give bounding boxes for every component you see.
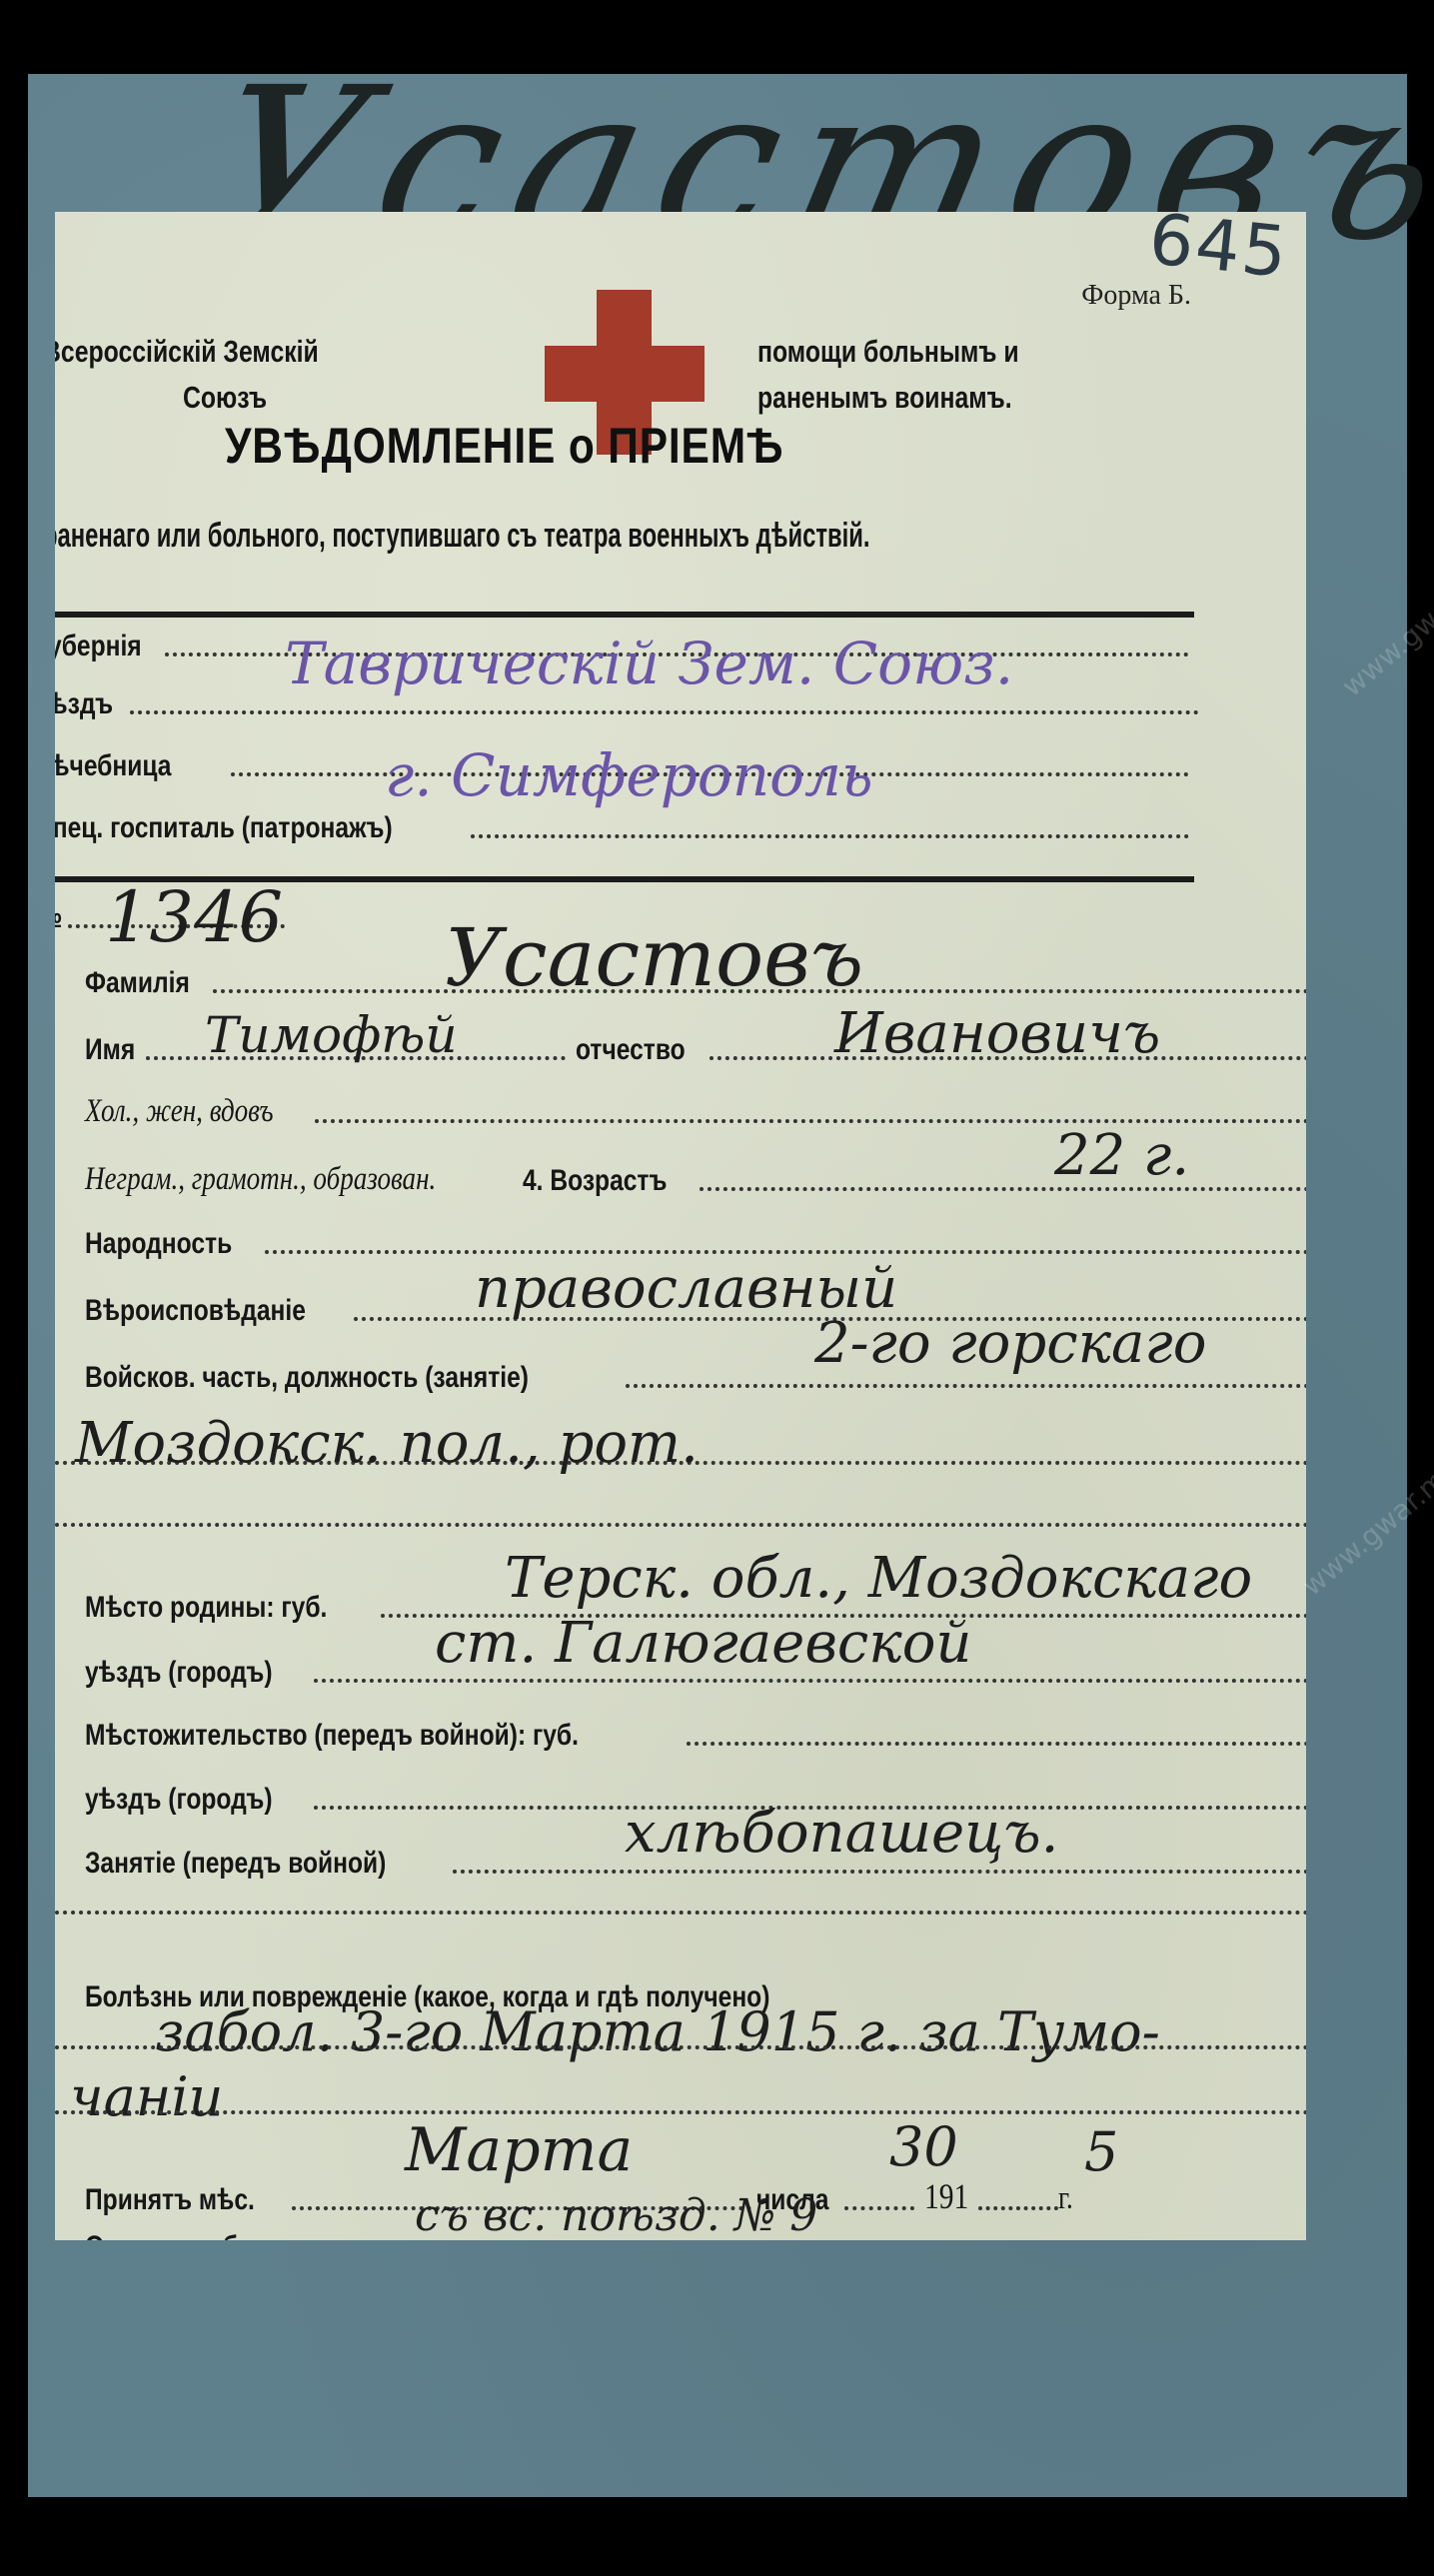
gubernia-value: Таврическій Зем. Союз.: [285, 630, 1013, 697]
archive-number: 645: [1145, 198, 1292, 294]
form-subtitle: раненаго или больного, поступившаго съ т…: [55, 517, 1022, 556]
form-label: Форма Б.: [1081, 280, 1191, 312]
field-illness-line1: [55, 2045, 1306, 2056]
number-value: 1346: [105, 876, 283, 958]
field-residence: Мѣстожительство (передъ войной): губ.: [55, 1719, 1306, 1753]
form-title: УВѢДОМЛЕНІЕ о ПРІЕМѢ: [225, 417, 989, 475]
imya-value: Тимофѣй: [205, 1006, 458, 1064]
unit-value-1: 2-го горскаго: [814, 1311, 1206, 1376]
admission-form: Форма Б. Всероссійскій Земскій Союзъ пом…: [55, 212, 1306, 2240]
otchestvo-value: Ивановичъ: [834, 1001, 1160, 1066]
admitted-day: 30: [889, 2115, 958, 2178]
field-spec-hospital: Спец. госпиталь (патронажъ): [55, 811, 1189, 845]
arrived-value: съ вс. поѣзд. № 9: [415, 2190, 817, 2240]
lechebnitsa-value: г. Симферополь: [385, 741, 873, 809]
field-blank-line: [55, 1523, 1306, 1534]
birth-uezd-value: ст. Галюгаевской: [435, 1611, 972, 1676]
divider: [55, 612, 1194, 618]
familia-value: Усастовъ: [445, 911, 863, 1004]
age-value: 22 г.: [1054, 1123, 1189, 1188]
field-blank-line: [55, 1911, 1306, 1922]
birthplace-value: Терск. обл., Моздокскаго: [505, 1546, 1252, 1611]
org-name-right: помощи больнымъ и раненымъ воинамъ.: [757, 329, 1237, 421]
occupation-value: хлѣбопашецъ.: [625, 1801, 1058, 1866]
org-name-left: Всероссійскій Земскій Союзъ: [55, 329, 523, 421]
admitted-year-digit: 5: [1084, 2120, 1118, 2183]
unit-value-2: Моздокск. пол., рот.: [75, 1411, 699, 1476]
admitted-month: Марта: [405, 2115, 633, 2185]
